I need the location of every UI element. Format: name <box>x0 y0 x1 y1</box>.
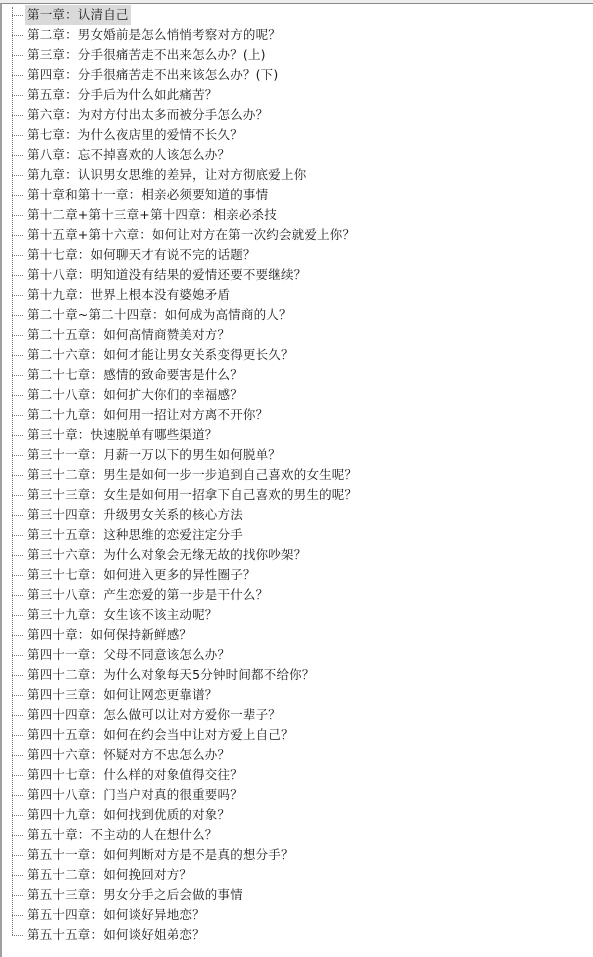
tree-item-label[interactable]: 第二章：男女婚前是怎么悄悄考察对方的呢？ <box>25 25 283 45</box>
tree-item-label[interactable]: 第三十一章：月薪一万以下的男生如何脱单？ <box>25 445 283 465</box>
tree-connector-line <box>12 15 23 16</box>
tree-connector-line <box>12 495 23 496</box>
tree-item-label[interactable]: 第三十章：快速脱单有哪些渠道？ <box>25 425 220 445</box>
tree-connector-line <box>12 595 23 596</box>
tree-connector-line <box>12 535 23 536</box>
tree-item-label[interactable]: 第二十章~第二十四章：如何成为高情商的人？ <box>25 305 294 325</box>
tree-connector-line <box>12 695 23 696</box>
tree-connector-line <box>12 135 23 136</box>
tree-item-label[interactable]: 第三十二章：男生是如何一步一步追到自己喜欢的女生呢？ <box>25 465 359 485</box>
tree-item-label[interactable]: 第六章：为对方付出太多而被分手怎么办？ <box>25 105 270 125</box>
tree-item-label[interactable]: 第三章：分手很痛苦走不出来怎么办？(上) <box>25 45 268 65</box>
tree-item-label[interactable]: 第三十四章：升级男女关系的核心方法 <box>25 505 245 525</box>
tree-item-label[interactable]: 第二十六章：如何才能让男女关系变得更长久？ <box>25 345 296 365</box>
tree-item-label[interactable]: 第五十四章：如何谈好异地恋？ <box>25 905 207 925</box>
tree-connector-line <box>12 355 23 356</box>
tree-connector-line <box>12 855 23 856</box>
tree-item-label[interactable]: 第三十八章：产生恋爱的第一步是干什么？ <box>25 585 270 605</box>
tree-connector-line <box>12 295 23 296</box>
tree-item-label[interactable]: 第四十六章：怀疑对方不忠怎么办？ <box>25 745 232 765</box>
tree-connector-line <box>12 395 23 396</box>
tree-connector-line <box>12 155 23 156</box>
tree-item-label[interactable]: 第十七章：如何聊天才有说不完的话题？ <box>25 245 258 265</box>
tree-connector-line <box>12 315 23 316</box>
tree-item-label[interactable]: 第五章：分手后为什么如此痛苦？ <box>25 85 220 105</box>
tree-connector-line <box>12 835 23 836</box>
tree-item-label[interactable]: 第四十四章：怎么做可以让对方爱你一辈子？ <box>25 705 283 725</box>
tree-item-label[interactable]: 第三十九章：女生该不该主动呢？ <box>25 605 220 625</box>
tree-item-label[interactable]: 第十章和第十一章：相亲必须要知道的事情 <box>25 185 270 205</box>
tree-connector-line <box>12 555 23 556</box>
tree-connector-line <box>12 935 23 936</box>
tree-item-label[interactable]: 第四章：分手很痛苦走不出来该怎么办？(下) <box>25 65 280 85</box>
tree-item-label[interactable]: 第四十九章：如何找到优质的对象？ <box>25 805 232 825</box>
tree-connector-line <box>12 455 23 456</box>
tree-item-label[interactable]: 第四十五章：如何在约会当中让对方爱上自己？ <box>25 725 296 745</box>
tree-item-label[interactable]: 第三十三章：女生是如何用一招拿下自己喜欢的男生的呢？ <box>25 485 359 505</box>
tree-connector-line <box>12 615 23 616</box>
tree-connector-line <box>12 255 23 256</box>
tree-item-label[interactable]: 第二十七章：感情的致命要害是什么？ <box>25 365 245 385</box>
tree-connector-line <box>12 115 23 116</box>
tree-connector-line <box>12 795 23 796</box>
tree-connector-line <box>12 675 23 676</box>
tree-item-label[interactable]: 第四十三章：如何让网恋更靠谱？ <box>25 685 220 705</box>
tree-connector-line <box>12 275 23 276</box>
tree-connector-line <box>12 875 23 876</box>
tree-connector-line <box>12 575 23 576</box>
tree-item-label[interactable]: 第八章：忘不掉喜欢的人该怎么办？ <box>25 145 232 165</box>
tree-connector-line <box>12 195 23 196</box>
tree-item-label[interactable]: 第四十二章：为什么对象每天5分钟时间都不给你？ <box>25 665 317 685</box>
tree-item-label[interactable]: 第四十八章：门当户对真的很重要吗？ <box>25 785 245 805</box>
tree-item-label[interactable]: 第五十二章：如何挽回对方？ <box>25 865 194 885</box>
tree-item-label[interactable]: 第二十八章：如何扩大你们的幸福感？ <box>25 385 245 405</box>
tree-item-label[interactable]: 第七章：为什么夜店里的爱情不长久？ <box>25 125 245 145</box>
tree-item-label[interactable]: 第三十五章：这种思维的恋爱注定分手 <box>25 525 245 545</box>
tree-item-label[interactable]: 第五十五章：如何谈好姐弟恋？ <box>25 925 207 945</box>
tree-connector-line <box>12 335 23 336</box>
tree-item-label[interactable]: 第四十一章：父母不同意该怎么办？ <box>25 645 232 665</box>
tree-connector-line <box>12 475 23 476</box>
tree-item-label[interactable]: 第五十一章：如何判断对方是不是真的想分手？ <box>25 845 296 865</box>
tree-item-label[interactable]: 第九章：认识男女思维的差异，让对方彻底爱上你 <box>25 165 308 185</box>
tree-connector-line <box>12 55 23 56</box>
tree-item-label[interactable]: 第五十章：不主动的人在想什么？ <box>25 825 220 845</box>
tree-connector-line <box>12 895 23 896</box>
tree-connector-line <box>12 735 23 736</box>
tree-item-label[interactable]: 第十五章+第十六章：如何让对方在第一次约会就爱上你？ <box>25 225 357 245</box>
tree-connector-line <box>12 235 23 236</box>
tree-item-label[interactable]: 第三十七章：如何进入更多的异性圈子？ <box>25 565 258 585</box>
tree-connector-line <box>12 175 23 176</box>
tree-connector-line <box>12 35 23 36</box>
tree-connector-line <box>12 435 23 436</box>
tree-item-label[interactable]: 第四十七章：什么样的对象值得交往？ <box>25 765 245 785</box>
tree-connector-line <box>12 755 23 756</box>
tree-connector-line <box>12 715 23 716</box>
tree-connector-line <box>12 915 23 916</box>
tree-item-label[interactable]: 第一章：认清自己 <box>25 5 131 25</box>
tree-connector-line <box>12 775 23 776</box>
tree-connector-line <box>12 375 23 376</box>
tree-item-label[interactable]: 第二十九章：如何用一招让对方离不开你？ <box>25 405 270 425</box>
tree-connector-line <box>12 415 23 416</box>
tree-connector-line <box>12 515 23 516</box>
tree-connector-line <box>12 815 23 816</box>
chapter-tree-view[interactable]: 第一章：认清自己第二章：男女婚前是怎么悄悄考察对方的呢？第三章：分手很痛苦走不出… <box>0 3 593 957</box>
tree-connector-line <box>12 215 23 216</box>
tree-item-label[interactable]: 第十二章+第十三章+第十四章：相亲必杀技 <box>25 205 279 225</box>
tree-connector-line <box>12 635 23 636</box>
tree-item-label[interactable]: 第四十章：如何保持新鲜感？ <box>25 625 194 645</box>
tree-item-label[interactable]: 第十八章：明知道没有结果的爱情还要不要继续？ <box>25 265 308 285</box>
tree-item-label[interactable]: 第十九章：世界上根本没有婆媳矛盾 <box>25 285 232 305</box>
tree-item-label[interactable]: 第三十六章：为什么对象会无缘无故的找你吵架？ <box>25 545 308 565</box>
tree-item-label[interactable]: 第二十五章：如何高情商赞美对方？ <box>25 325 232 345</box>
tree-connector-line <box>12 95 23 96</box>
tree-item-label[interactable]: 第五十三章：男女分手之后会做的事情 <box>25 885 245 905</box>
tree-connector-line <box>12 75 23 76</box>
tree-connector-line <box>12 655 23 656</box>
